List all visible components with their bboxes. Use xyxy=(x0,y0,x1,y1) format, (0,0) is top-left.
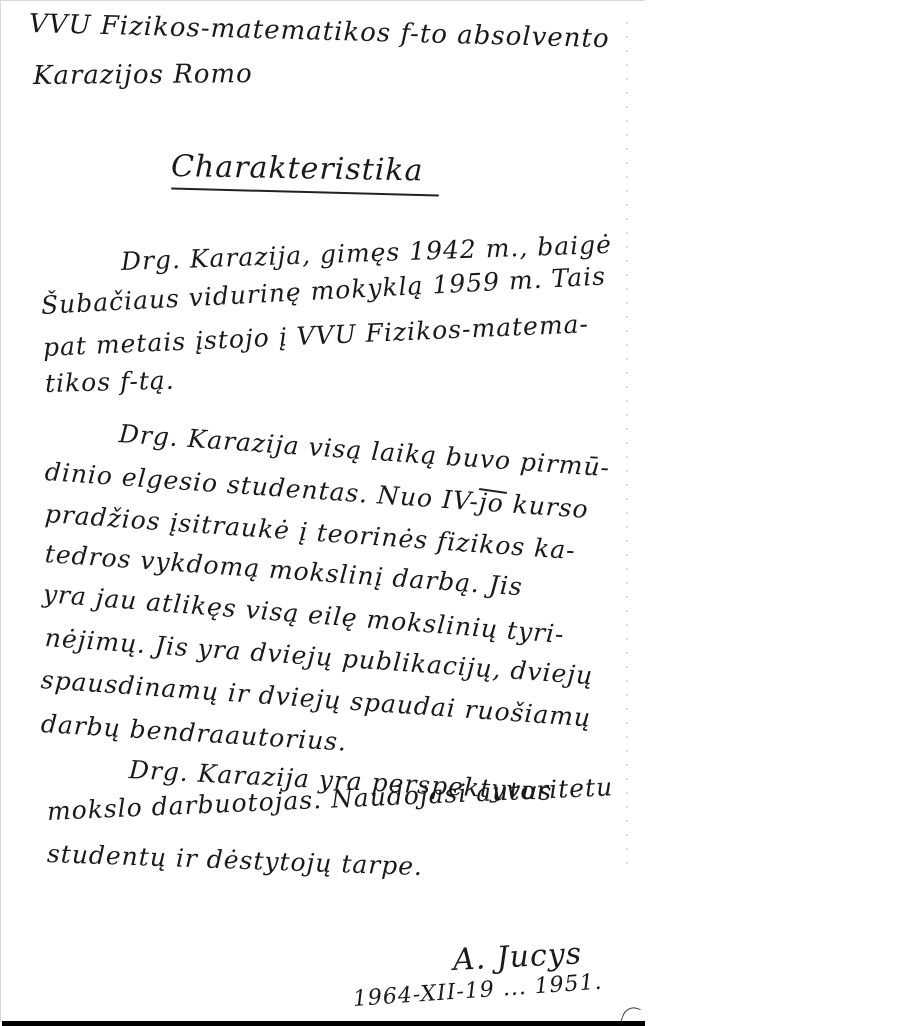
header-line-1: VVU Fizikos-matematikos f-to absolvento xyxy=(29,9,610,54)
p2-line-8: darbų bendraautorius. xyxy=(40,709,348,757)
header-line-2: Karazijos Romo xyxy=(33,59,253,91)
document-title: Charakteristika xyxy=(171,149,424,188)
p3-line-3: studentų ir dėstytojų tarpe. xyxy=(46,839,423,881)
scan-bottom-edge xyxy=(2,1021,645,1026)
scanned-page: VVU Fizikos-matematikos f-to absolvento … xyxy=(0,0,645,1022)
title-underline xyxy=(171,187,439,196)
p1-line-4: tikos f-tą. xyxy=(45,366,175,398)
page-edge-dots xyxy=(626,16,628,876)
p1-line-3: pat metais įstojo į VVU Fizikos-matema- xyxy=(42,309,589,362)
